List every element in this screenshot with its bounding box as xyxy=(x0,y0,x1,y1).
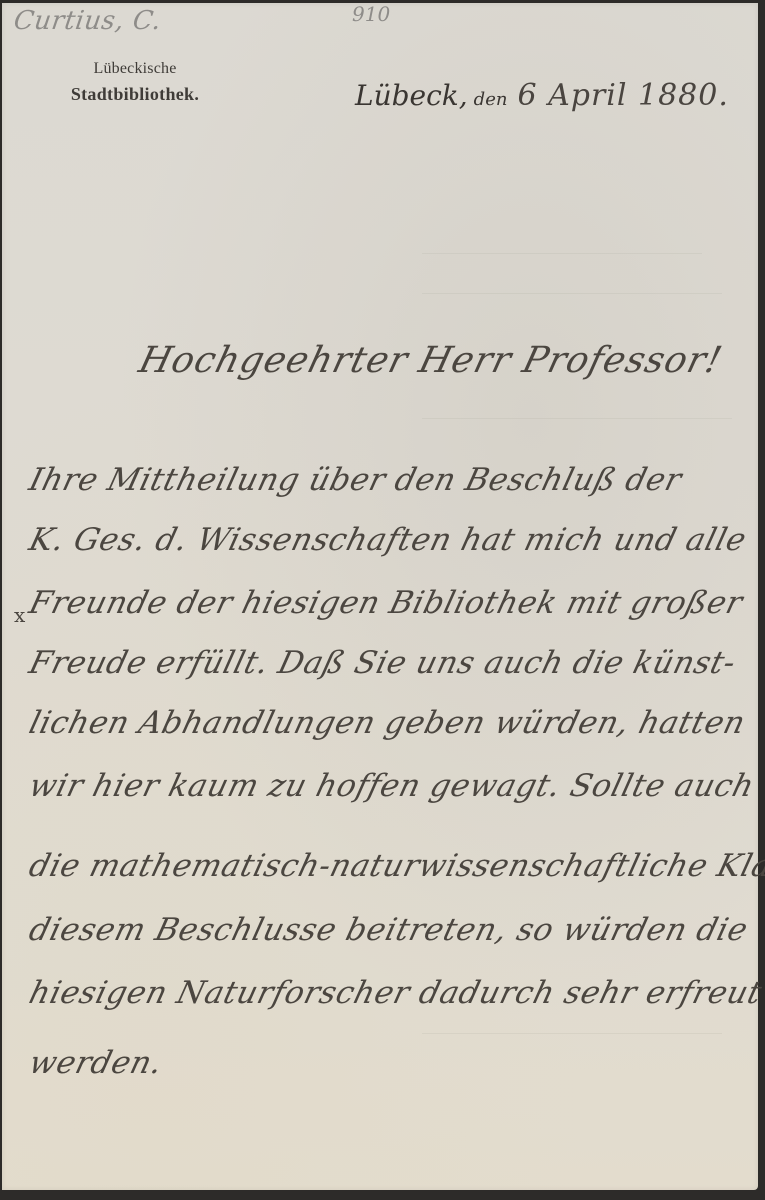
archive-pencil-number: 910 xyxy=(352,2,390,26)
bleed-through-line xyxy=(422,1033,722,1034)
margin-cross-mark: x xyxy=(14,603,25,627)
salutation: Hochgeehrter Herr Professor! xyxy=(135,340,727,381)
body-line: Ihre Mittheilung über den Beschluß der xyxy=(26,462,686,498)
body-line: Freude erfüllt. Daß Sie uns auch die kün… xyxy=(26,645,740,681)
letterhead: Lübeckische Stadtbibliothek. xyxy=(40,58,230,106)
dateline: Lübeck,den6 April 1880. xyxy=(355,78,750,113)
bleed-through-line xyxy=(422,418,732,419)
dateline-den: den xyxy=(474,89,508,110)
body-line: die mathematisch-naturwissenschaftliche … xyxy=(26,848,765,884)
archive-pencil-name: Curtius, C. xyxy=(12,6,163,36)
bleed-through-line xyxy=(422,293,722,294)
body-line: wir hier kaum zu hoffen gewagt. Sollte a… xyxy=(26,768,759,804)
body-line: diesem Beschlusse beitreten, so würden d… xyxy=(26,912,752,948)
bleed-through-line xyxy=(422,253,702,254)
body-line: hiesigen Naturforscher dadurch sehr erfr… xyxy=(26,975,765,1011)
letterhead-line-2: Stadtbibliothek. xyxy=(40,82,230,106)
body-line: werden. xyxy=(26,1045,167,1081)
body-line: lichen Abhandlungen geben würden, hatten xyxy=(26,705,750,741)
dateline-date: 6 April 1880. xyxy=(517,78,728,113)
dateline-place: Lübeck, xyxy=(355,79,468,112)
body-line: K. Ges. d. Wissenschaften hat mich und a… xyxy=(26,522,751,558)
body-line: Freunde der hiesigen Bibliothek mit groß… xyxy=(26,585,747,621)
letterhead-line-1: Lübeckische xyxy=(40,58,230,80)
